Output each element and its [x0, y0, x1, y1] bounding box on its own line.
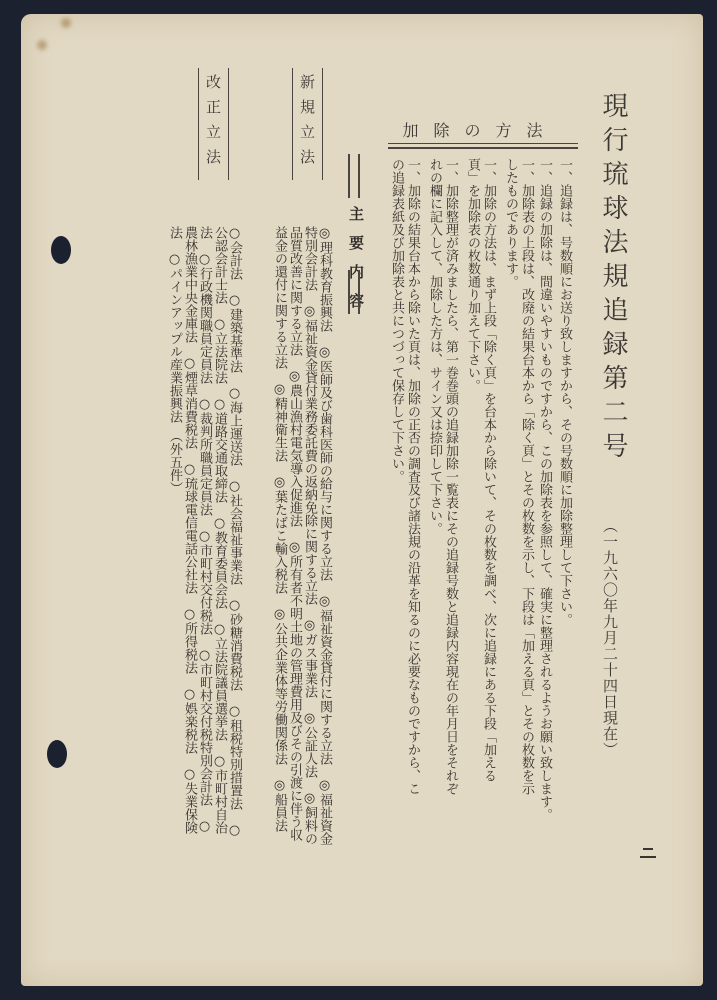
stain	[61, 18, 71, 28]
punch-hole-bottom	[47, 740, 67, 768]
method-item-3: 一、加除表の上段は、改廃の結果台本から「除く頁」とその枚数を示し、下段は「加える…	[498, 158, 534, 798]
punch-hole-top	[51, 236, 71, 264]
main-label-bar	[348, 270, 350, 314]
new-legislation-list: ◎理科教育振興法 ◎医師及び歯科医師の給与に関する立法 ◎福祉資金貸付に関する立…	[244, 226, 332, 846]
method-item-2: 一、追録の加除は、間違いやすいものですから、この加除表を参照して、確実に整理され…	[536, 158, 552, 798]
method-heading-rule	[388, 143, 578, 149]
main-label-bar	[348, 154, 350, 198]
stain	[37, 40, 47, 50]
method-item-5: 一、加除整理が済みましたら、第一巻巻頭の追録加除一覧表にその追録号数と追録内容現…	[422, 158, 458, 798]
amended-legislation-heading: 改正立法	[198, 68, 229, 180]
method-item-6: 一、加除の結果台本から除いた頁は、加除の正否の調査及び諸法規の沿革を知るのに必要…	[384, 158, 420, 798]
method-item-4: 一、加除の方法は、まず上段「除く頁」を台本から除いて、その枚数を調べ、次に追録に…	[460, 158, 496, 798]
amended-legislation-list: ○会計法 ○建築基準法 ○海上運送法 ○社会福祉事業法 ○砂糖消費税法 ○租税特…	[152, 226, 242, 846]
method-item-1: 一、追録は、号数順にお送り致しますから、その号数順に加除整理して下さい。	[556, 158, 572, 798]
document-date: （一九六〇年九月二十四日現在）	[600, 518, 621, 758]
new-legislation-heading: 新規立法	[292, 68, 323, 180]
method-heading: 加除の方法	[384, 118, 576, 141]
page-number	[640, 848, 656, 864]
main-label-bar	[358, 270, 360, 314]
main-label-bar	[358, 154, 360, 198]
document-title: 現行琉球法規追録第二号	[595, 92, 632, 466]
